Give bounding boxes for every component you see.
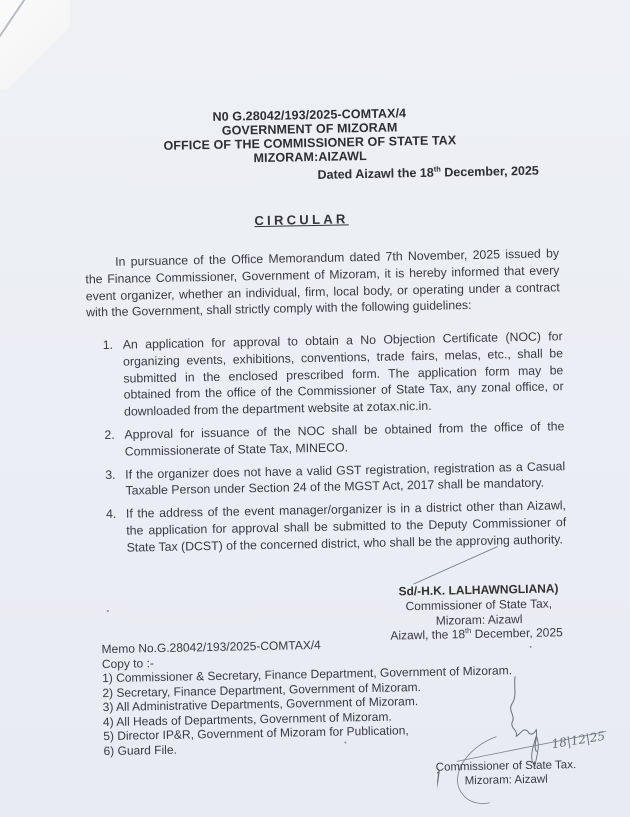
document-header: N0 G.28042/193/2025-COMTAX/4 GOVERNMENT … xyxy=(144,105,475,167)
scan-speck xyxy=(107,610,109,612)
scan-speck xyxy=(530,646,532,648)
circular-document: N0 G.28042/193/2025-COMTAX/4 GOVERNMENT … xyxy=(0,0,630,817)
issue-date: Dated Aizawl the 18th December, 2025 xyxy=(317,164,539,182)
footer-designation: Commissioner of State Tax. xyxy=(431,758,581,775)
signature-block: Sd/-H.K. LALHAWNGLIANA) Commissioner of … xyxy=(388,581,569,629)
guidelines-list: 1. An application for approval to obtain… xyxy=(103,328,567,562)
scan-speck xyxy=(344,741,346,743)
document-title: CIRCULAR xyxy=(254,211,349,228)
footer-place: Mizoram: Aizawl xyxy=(431,772,581,789)
signature-stroke-icon xyxy=(403,544,504,586)
guideline-item: 2. Approval for issuance of the NOC shal… xyxy=(104,418,565,460)
guideline-item: 1. An application for approval to obtain… xyxy=(103,328,565,421)
intro-paragraph: In pursuance of the Office Memorandum da… xyxy=(85,245,560,321)
footer-signatory: Commissioner of State Tax. Mizoram: Aiza… xyxy=(431,758,582,789)
guideline-item: 3. If the organizer does not have a vali… xyxy=(105,458,566,500)
